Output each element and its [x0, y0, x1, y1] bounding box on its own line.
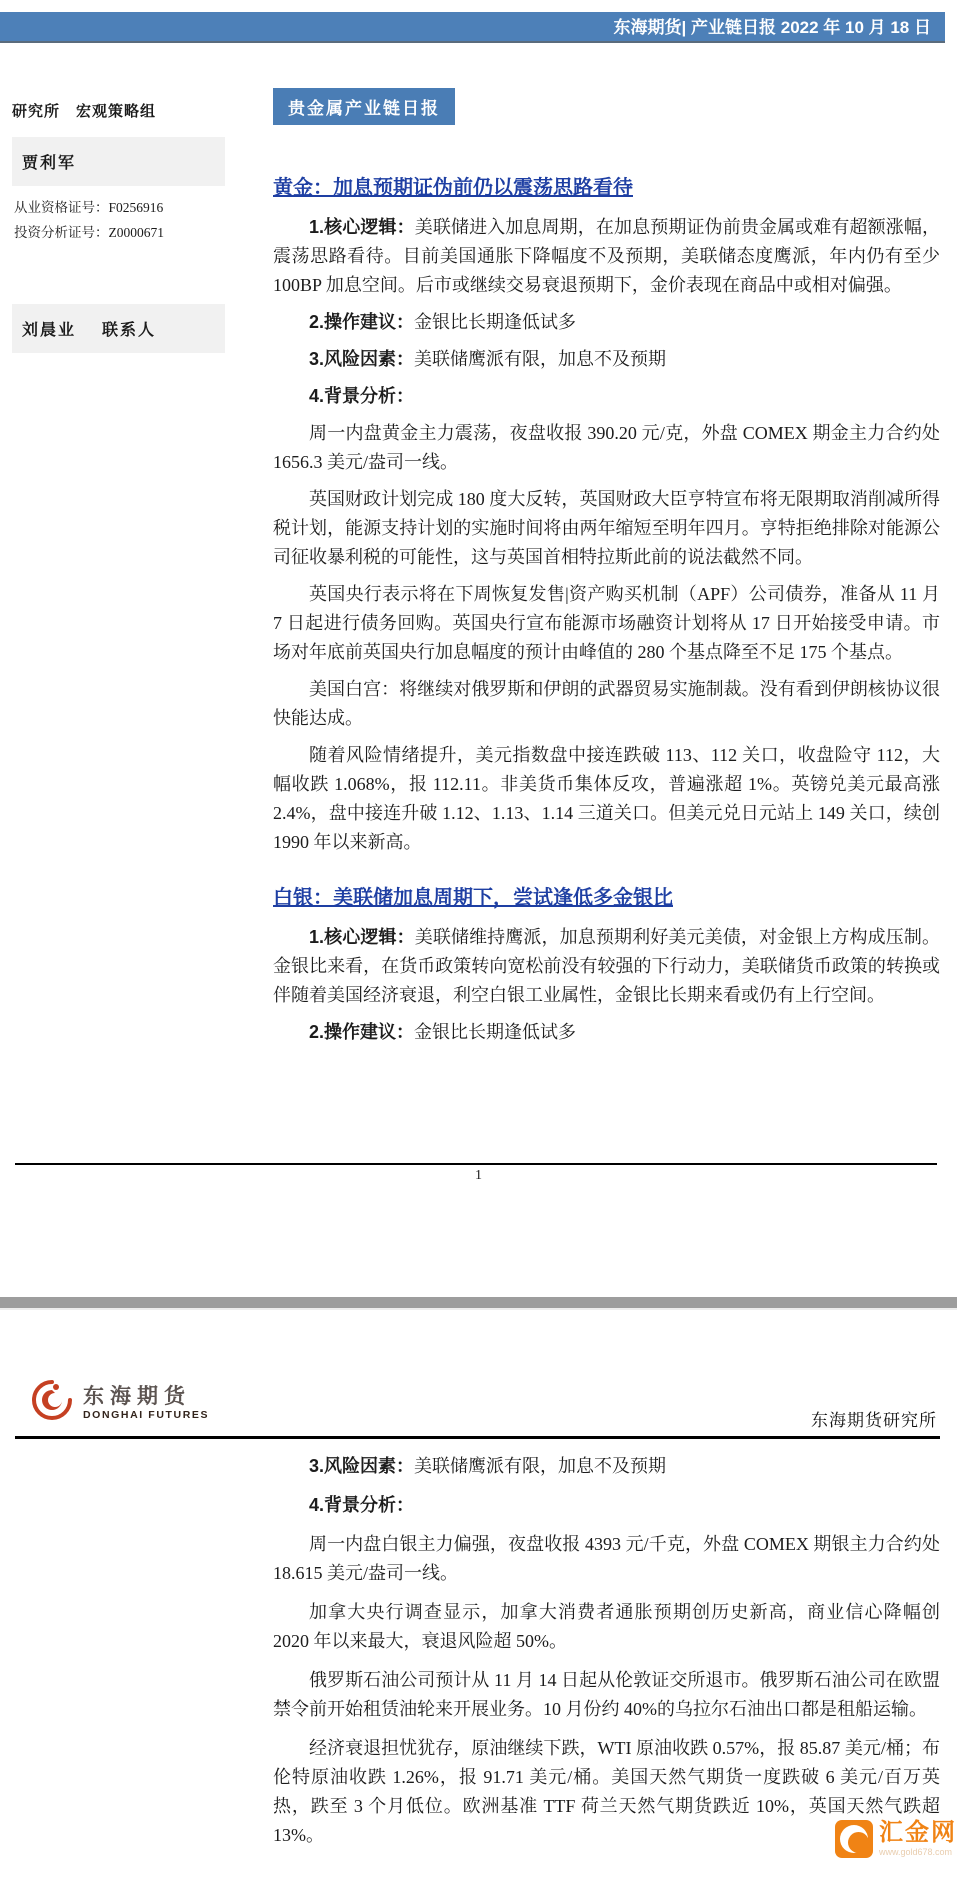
donghai-logo-icon: [30, 1378, 74, 1427]
gold-item-advice: 2.操作建议：金银比长期逢低试多: [273, 308, 940, 337]
item-label: 1.核心逻辑：: [309, 217, 415, 237]
paragraph-text: 周一内盘黄金主力震荡，夜盘收报 390.20 元/克，外盘 COMEX 期金主力…: [273, 423, 940, 472]
logo-en-name: DONGHAI FUTURES: [83, 1409, 209, 1421]
paragraph-text: 随着风险情绪提升，美元指数盘中接连跌破 113、112 关口，收盘险守 112，…: [273, 745, 940, 852]
paragraph-text: 美国白宫：将继续对俄罗斯和伊朗的武器贸易实施制裁。没有看到伊朗核协议很快能达成。: [273, 679, 940, 728]
analyst-cert-1: 从业资格证号：F0256916: [14, 196, 225, 219]
report-page: 东海期货| 产业链日报 2022 年 10 月 18 日 研究所 宏观策略组 贾…: [0, 0, 957, 1880]
page1-content: 贵金属产业链日报 黄金：加息预期证伪前仍以震荡思路看待 1.核心逻辑：美联储进入…: [273, 88, 940, 1055]
page2-content: 3.风险因素：美联储鹰派有限，加息不及预期 4.背景分析： 周一内盘白银主力偏强…: [273, 1452, 940, 1860]
item-label: 4.背景分析：: [309, 386, 414, 406]
silver-item-risk: 3.风险因素：美联储鹰派有限，加息不及预期: [273, 1452, 940, 1481]
silver-item-advice: 2.操作建议：金银比长期逢低试多: [273, 1018, 940, 1047]
item-text: 美联储鹰派有限，加息不及预期: [414, 349, 666, 369]
silver-bg-paragraph: 加拿大央行调查显示，加拿大消费者通胀预期创历史新高，商业信心降幅创 2020 年…: [273, 1598, 940, 1656]
page2-header-rule: [15, 1436, 940, 1439]
page-number: 1: [0, 1168, 957, 1184]
contact-name: 刘晨业: [22, 322, 76, 339]
huijin-site-url: www.gold678.com: [879, 1847, 957, 1857]
item-label: 3.风险因素：: [309, 349, 414, 369]
header-title: 东海期货| 产业链日报 2022 年 10 月 18 日: [614, 18, 931, 37]
item-text: 美联储鹰派有限，加息不及预期: [414, 1456, 666, 1476]
item-label: 4.背景分析：: [309, 1495, 414, 1515]
silver-bg-paragraph: 周一内盘白银主力偏强，夜盘收报 4393 元/千克，外盘 COMEX 期银主力合…: [273, 1530, 940, 1588]
silver-bg-paragraph: 俄罗斯石油公司预计从 11 月 14 日起从伦敦证交所退市。俄罗斯石油公司在欧盟…: [273, 1666, 940, 1724]
item-label: 2.操作建议：: [309, 1022, 414, 1042]
paragraph-text: 加拿大央行调查显示，加拿大消费者通胀预期创历史新高，商业信心降幅创 2020 年…: [273, 1602, 940, 1651]
huijin-logo-icon: [835, 1820, 873, 1858]
analyst-cert-2: 投资分析证号：Z0000671: [14, 221, 225, 244]
silver-item-core-logic: 1.核心逻辑：美联储维持鹰派，加息预期利好美元美债，对金银上方构成压制。金银比来…: [273, 923, 940, 1010]
gold-item-risk: 3.风险因素：美联储鹰派有限，加息不及预期: [273, 345, 940, 374]
huijin-site-name: 汇金网: [879, 1820, 957, 1846]
page-separator: [0, 1297, 957, 1310]
item-text: 金银比长期逢低试多: [414, 1022, 576, 1042]
report-badge: 贵金属产业链日报: [273, 88, 455, 125]
contact-role: 联系人: [102, 322, 156, 339]
logo-cn-name: 东海期货: [83, 1385, 209, 1407]
contact-band: 刘晨业联系人: [12, 304, 225, 353]
silver-item-background: 4.背景分析：: [273, 1491, 940, 1520]
gold-bg-paragraph: 周一内盘黄金主力震荡，夜盘收报 390.20 元/克，外盘 COMEX 期金主力…: [273, 419, 940, 477]
header-bar: 东海期货| 产业链日报 2022 年 10 月 18 日: [0, 12, 945, 43]
page1-footer-rule: [15, 1163, 937, 1165]
sidebar: 研究所 宏观策略组 贾利军 从业资格证号：F0256916 投资分析证号：Z00…: [12, 100, 225, 363]
gold-item-background: 4.背景分析：: [273, 382, 940, 411]
item-label: 2.操作建议：: [309, 312, 414, 332]
research-dept-label: 研究所 宏观策略组: [12, 100, 225, 121]
page2-dept-label: 东海期货研究所: [811, 1406, 937, 1431]
gold-bg-paragraph: 随着风险情绪提升，美元指数盘中接连跌破 113、112 关口，收盘险守 112，…: [273, 741, 940, 857]
silver-section-title: 白银：美联储加息周期下，尝试逢低多金银比: [273, 885, 940, 911]
gold-section-title: 黄金：加息预期证伪前仍以震荡思路看待: [273, 175, 940, 201]
paragraph-text: 俄罗斯石油公司预计从 11 月 14 日起从伦敦证交所退市。俄罗斯石油公司在欧盟…: [273, 1670, 940, 1719]
gold-bg-paragraph: 英国财政计划完成 180 度大反转，英国财政大臣亨特宣布将无限期取消削减所得税计…: [273, 485, 940, 572]
item-text: 金银比长期逢低试多: [414, 312, 576, 332]
analyst-name: 贾利军: [22, 155, 76, 172]
donghai-logo-text: 东海期货 DONGHAI FUTURES: [83, 1385, 209, 1421]
gold-bg-paragraph: 美国白宫：将继续对俄罗斯和伊朗的武器贸易实施制裁。没有看到伊朗核协议很快能达成。: [273, 675, 940, 733]
gold-item-core-logic: 1.核心逻辑：美联储进入加息周期，在加息预期证伪前贵金属或难有超额涨幅，震荡思路…: [273, 213, 940, 300]
gold-bg-paragraph: 英国央行表示将在下周恢复发售|资产购买机制（APF）公司债券，准备从 11 月 …: [273, 580, 940, 667]
paragraph-text: 周一内盘白银主力偏强，夜盘收报 4393 元/千克，外盘 COMEX 期银主力合…: [273, 1534, 940, 1583]
analyst-name-band: 贾利军: [12, 137, 225, 186]
donghai-logo: 东海期货 DONGHAI FUTURES: [30, 1378, 209, 1427]
huijin-watermark-text: 汇金网 www.gold678.com: [879, 1820, 957, 1857]
item-label: 1.核心逻辑：: [309, 927, 415, 947]
huijin-watermark: 汇金网 www.gold678.com: [835, 1820, 957, 1858]
item-label: 3.风险因素：: [309, 1456, 414, 1476]
paragraph-text: 英国央行表示将在下周恢复发售|资产购买机制（APF）公司债券，准备从 11 月 …: [273, 584, 940, 662]
paragraph-text: 英国财政计划完成 180 度大反转，英国财政大臣亨特宣布将无限期取消削减所得税计…: [273, 489, 940, 567]
